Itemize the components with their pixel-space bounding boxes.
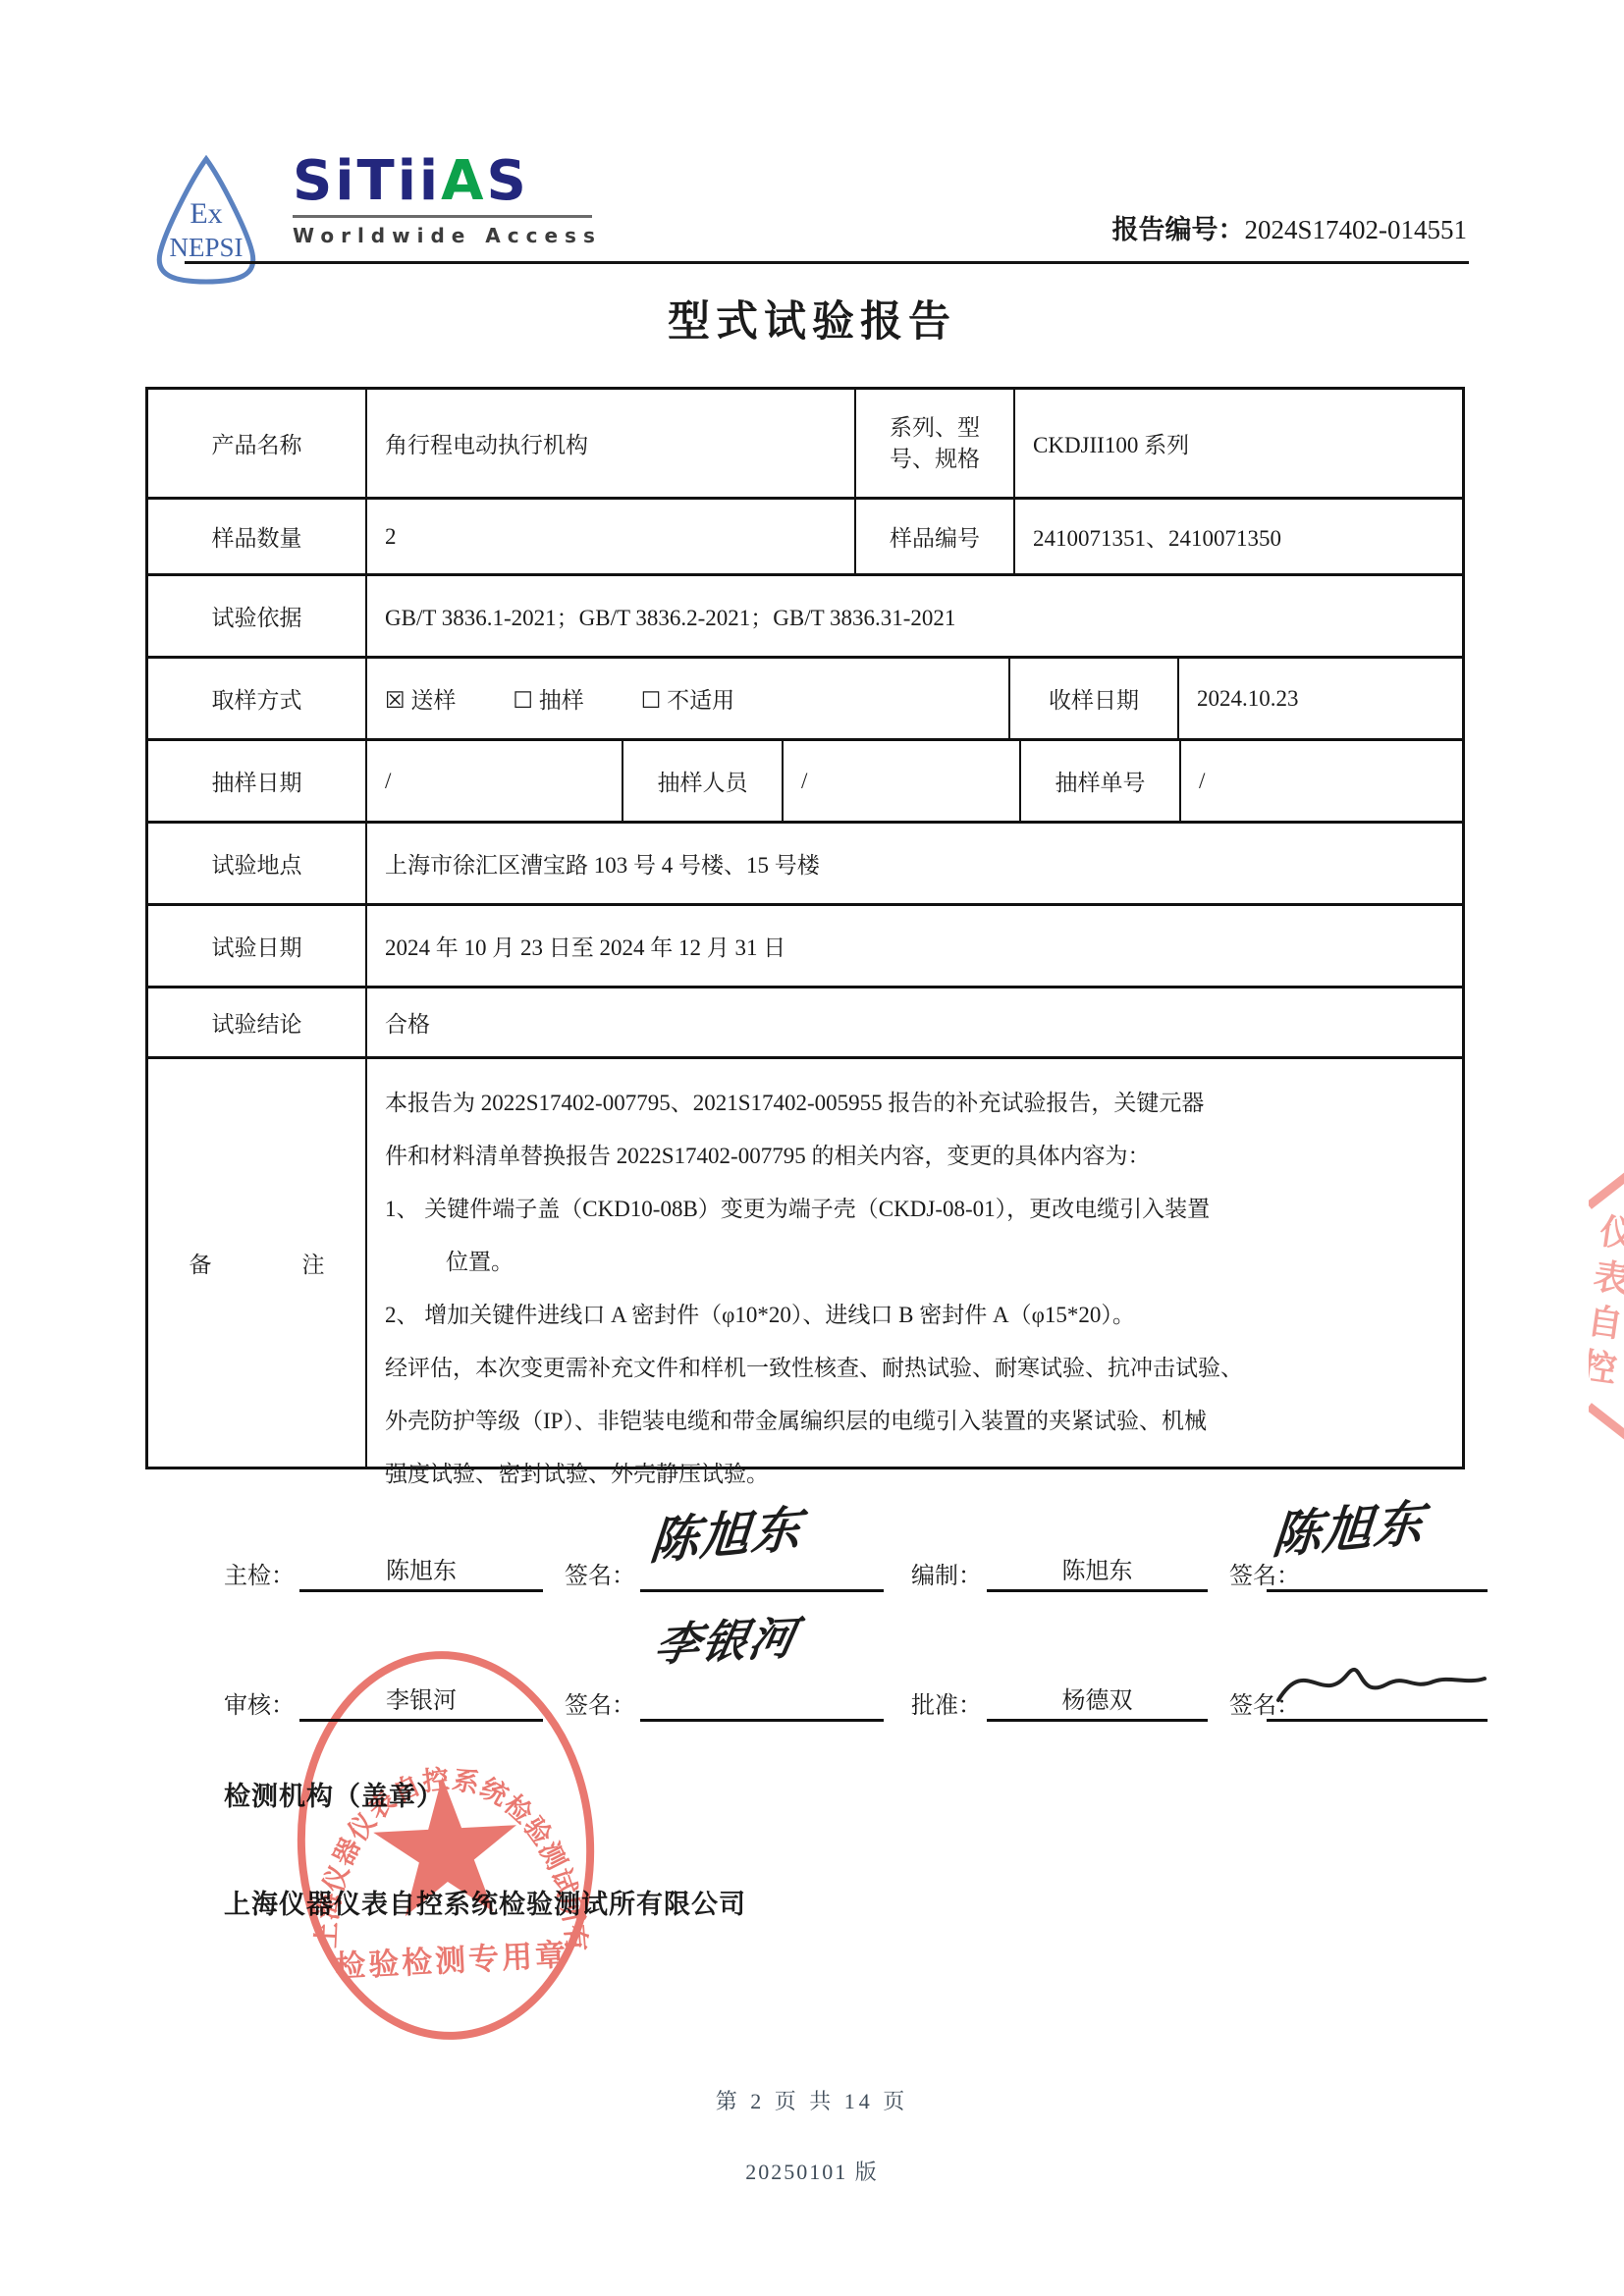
- table-row: 试验地点 上海市徐汇区漕宝路 103 号 4 号楼、15 号楼: [148, 821, 1462, 903]
- compiler-name-text: 陈旭东: [1062, 1551, 1133, 1585]
- sample-qty-label: 样品数量: [148, 500, 365, 573]
- badge-nepsi-text: NEPSI: [169, 233, 243, 262]
- brand-part2: A: [441, 149, 486, 213]
- test-date-value: 2024 年 10 月 23 日至 2024 年 12 月 31 日: [365, 906, 1462, 986]
- table-row: 抽样日期 / 抽样人员 / 抽样单号 /: [148, 738, 1462, 821]
- compiler-label: 编制：: [911, 1556, 982, 1590]
- test-location-value: 上海市徐汇区漕宝路 103 号 4 号楼、15 号楼: [365, 824, 1462, 903]
- brand-part1: SiTii: [293, 149, 441, 213]
- test-basis-label: 试验依据: [148, 576, 365, 656]
- reviewer-signature: 李银河: [650, 1602, 804, 1675]
- edge-seam-stamp: 仪表自控: [1589, 1156, 1624, 1463]
- edge-stamp-text: 仪表自控: [1589, 1210, 1624, 1396]
- remark-line: 件和材料清单替换报告 2022S17402-007795 的相关内容，变更的具体…: [385, 1130, 1150, 1183]
- header-logo: Ex NEPSI SiTiiAS Worldwide Access: [147, 152, 602, 288]
- sampling-date-value: /: [365, 741, 622, 821]
- report-number-value: 2024S17402-014551: [1244, 215, 1467, 244]
- brand-part3: S: [486, 149, 528, 213]
- brand-rule: [293, 215, 592, 218]
- reviewer-signature-line: [640, 1679, 884, 1722]
- remark-line: 强度试验、密封试验、外壳静压试验。: [385, 1448, 769, 1501]
- brand-wordmark: SiTiiAS: [293, 152, 602, 211]
- table-row: 产品名称 角行程电动执行机构 系列、型 号、规格 CKDJII100 系列: [148, 390, 1462, 497]
- table-row: 试验日期 2024 年 10 月 23 日至 2024 年 12 月 31 日: [148, 903, 1462, 986]
- version-number: 20250101 版: [0, 2156, 1624, 2186]
- remark-line: 2、 增加关键件进线口 A 密封件（φ10*20）、进线口 B 密封件 A（φ1…: [385, 1289, 1135, 1342]
- sampler-value: /: [782, 741, 1019, 821]
- page-title: 型式试验报告: [0, 289, 1624, 348]
- report-number-label: 报告编号：: [1111, 215, 1244, 244]
- checkbox-checked-songyang: ☒ 送样: [385, 682, 456, 715]
- chief-inspector-label: 主检：: [224, 1556, 295, 1590]
- test-location-label: 试验地点: [148, 824, 365, 903]
- test-date-label: 试验日期: [148, 906, 365, 986]
- approver-name-text: 杨德双: [1062, 1681, 1133, 1715]
- test-conclusion-value: 合格: [365, 988, 1462, 1056]
- chief-inspector-signature: 陈旭东: [647, 1489, 806, 1574]
- sampling-method-label: 取样方式: [148, 659, 365, 738]
- inspection-stamp: 上海仪器仪表自控系统检验测试所有限公司 检验检测专用章: [283, 1639, 610, 2052]
- edge-stamp-stroke: [1589, 1167, 1624, 1209]
- badge-ex-text: Ex: [189, 197, 222, 230]
- receive-date-label: 收样日期: [1008, 659, 1177, 738]
- remark-line: 经评估，本次变更需补充文件和样机一致性核查、耐热试验、耐寒试验、抗冲击试验、: [385, 1342, 1243, 1395]
- remark-line: 位置。: [385, 1236, 514, 1289]
- remarks-label: 备 注: [148, 1059, 365, 1467]
- table-row: 试验依据 GB/T 3836.1-2021；GB/T 3836.2-2021；G…: [148, 573, 1462, 656]
- table-row: 试验结论 合格: [148, 986, 1462, 1056]
- approver-label: 批准：: [911, 1685, 982, 1720]
- series-model-label: 系列、型 号、规格: [854, 390, 1013, 497]
- header-divider: [185, 261, 1469, 264]
- sample-no-label: 样品编号: [854, 500, 1013, 573]
- series-model-value: CKDJII100 系列: [1013, 390, 1462, 497]
- remark-line: 1、 关键件端子盖（CKD10-08B）变更为端子壳（CKDJ-08-01），更…: [385, 1183, 1210, 1236]
- sampling-slip-value: /: [1179, 741, 1462, 821]
- test-conclusion-label: 试验结论: [148, 988, 365, 1056]
- sampling-slip-label: 抽样单号: [1019, 741, 1179, 821]
- compiler-name: 陈旭东: [987, 1549, 1208, 1592]
- table-row: 备 注 本报告为 2022S17402-007795、2021S17402-00…: [148, 1056, 1462, 1467]
- sampler-label: 抽样人员: [622, 741, 782, 821]
- checkbox-unchecked-bushiyong: ☐ 不适用: [641, 682, 734, 715]
- brand-tagline: Worldwide Access: [293, 224, 602, 247]
- signature-label: 签名：: [565, 1556, 635, 1590]
- approver-signature: [1265, 1649, 1495, 1712]
- receive-date-value: 2024.10.23: [1177, 659, 1462, 738]
- stamp-bottom-text: 检验检测专用章: [334, 1938, 569, 1984]
- approver-name: 杨德双: [987, 1679, 1208, 1722]
- report-page: Ex NEPSI SiTiiAS Worldwide Access 报告编号：2…: [0, 0, 1624, 2296]
- product-name-value: 角行程电动执行机构: [365, 390, 854, 497]
- sampling-date-label: 抽样日期: [148, 741, 365, 821]
- report-number: 报告编号：2024S17402-014551: [1111, 208, 1467, 246]
- product-name-label: 产品名称: [148, 390, 365, 497]
- sample-no-value: 2410071351、2410071350: [1013, 500, 1462, 573]
- compiler-signature: 陈旭东: [1270, 1483, 1429, 1568]
- checkbox-unchecked-chouyang: ☐ 抽样: [513, 682, 583, 715]
- remark-line: 本报告为 2022S17402-007795、2021S17402-005955…: [385, 1077, 1204, 1130]
- page-number: 第 2 页 共 14 页: [0, 2085, 1624, 2115]
- sample-qty-value: 2: [365, 500, 854, 573]
- table-row: 样品数量 2 样品编号 2410071351、2410071350: [148, 497, 1462, 573]
- remarks-content: 本报告为 2022S17402-007795、2021S17402-005955…: [365, 1059, 1462, 1467]
- report-table: 产品名称 角行程电动执行机构 系列、型 号、规格 CKDJII100 系列 样品…: [145, 387, 1465, 1469]
- chief-inspector-name: 陈旭东: [299, 1549, 543, 1592]
- sampling-method-options: ☒ 送样 ☐ 抽样 ☐ 不适用: [365, 659, 1008, 738]
- remark-line: 外壳防护等级（IP）、非铠装电缆和带金属编织层的电缆引入装置的夹紧试验、机械: [385, 1395, 1207, 1448]
- table-row: 取样方式 ☒ 送样 ☐ 抽样 ☐ 不适用 收样日期 2024.10.23: [148, 656, 1462, 738]
- edge-stamp-stroke: [1589, 1403, 1624, 1445]
- brand-block: SiTiiAS Worldwide Access: [293, 152, 602, 247]
- ex-nepsi-badge-icon: Ex NEPSI: [147, 152, 265, 288]
- test-basis-value: GB/T 3836.1-2021；GB/T 3836.2-2021；GB/T 3…: [365, 576, 1462, 656]
- chief-inspector-name-text: 陈旭东: [386, 1551, 457, 1585]
